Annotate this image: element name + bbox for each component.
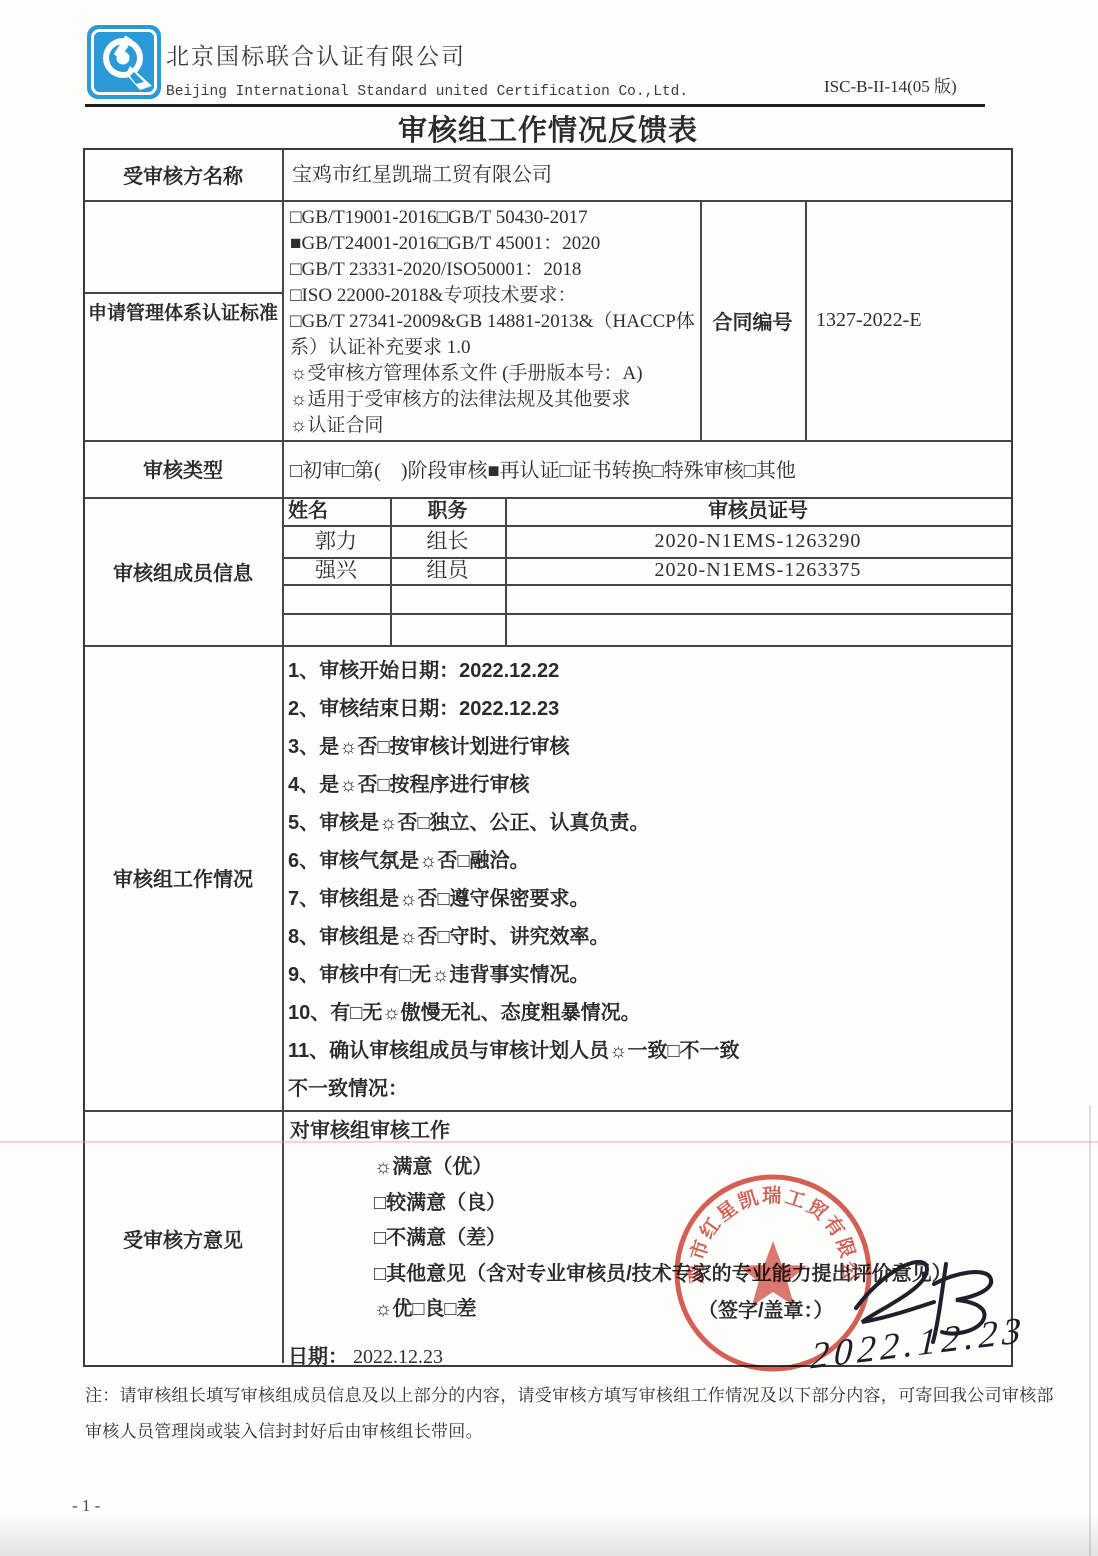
work-item: 5、审核是☼否□独立、公正、认真负责。 (288, 804, 1006, 842)
table-line (805, 200, 807, 440)
table-line (282, 150, 284, 1363)
standards-label: 申请管理体系认证标准 (84, 296, 282, 326)
member-duty (392, 613, 503, 645)
standard-line: ☼适用于受审核方的法律法规及其他要求 (290, 387, 696, 413)
audit-type-label: 审核类型 (84, 440, 282, 497)
work-item: 4、是☼否□按程序进行审核 (288, 766, 1006, 804)
scan-shadow (0, 1514, 1098, 1556)
scanned-form-page: 北京国标联合认证有限公司 Beijing International Stand… (0, 0, 1098, 1556)
footer-note-line1: 注：请审核组长填写审核组成员信息及以上部分的内容，请受审核方填写审核组工作情况及… (85, 1381, 1054, 1406)
page-number: - 1 - (72, 1496, 100, 1516)
work-item: 8、审核组是☼否□守时、讲究效率。 (288, 918, 1006, 956)
work-item: 3、是☼否□按审核计划进行审核 (288, 728, 1006, 766)
company-logo (86, 24, 162, 100)
member-duty (392, 584, 503, 613)
table-line (85, 292, 282, 294)
stamp-star-icon (739, 1241, 807, 1306)
standard-line: □GB/T 23331-2020/ISO50001：2018 (290, 257, 696, 283)
work-item: 10、有□无☼傲慢无礼、态度粗暴情况。 (288, 994, 1006, 1032)
opinion-label: 受审核方意见 (84, 1110, 282, 1367)
auditee-name: 宝鸡市红星凯瑞工贸有限公司 (292, 158, 552, 187)
contract-label: 合同编号 (701, 200, 804, 440)
members-col-cert: 审核员证号 (507, 497, 1009, 525)
standard-line: □GB/T 27341-2009&GB 14881-2013&（HACCP体系）… (290, 309, 696, 361)
members-col-name: 姓名 (284, 497, 388, 525)
standard-line: ☼认证合同 (290, 413, 696, 439)
work-item: 2、审核结束日期：2022.12.23 (288, 690, 1006, 728)
work-item: 11、确认审核组成员与审核计划人员☼一致□不一致 (288, 1032, 1006, 1070)
auditee-label: 受审核方名称 (84, 148, 282, 200)
header-rule (85, 104, 985, 107)
standard-line: □ISO 22000-2018&专项技术要求： (290, 283, 696, 309)
member-cert: 2020-N1EMS-1263375 (507, 557, 1009, 584)
standard-line: □GB/T19001-2016□GB/T 50430-2017 (290, 205, 696, 231)
member-cert: 2020-N1EMS-1263290 (507, 525, 1009, 557)
standards-list: □GB/T19001-2016□GB/T 50430-2017 ■GB/T240… (290, 205, 696, 439)
contract-number: 1327-2022-E (816, 200, 922, 440)
work-item: 6、审核气氛是☼否□融洽。 (288, 842, 1006, 880)
work-item: 7、审核组是☼否□遵守保密要求。 (288, 880, 1006, 918)
company-name-en: Beijing International Standard united Ce… (166, 84, 688, 100)
member-cert (507, 584, 1009, 613)
page-title: 审核组工作情况反馈表 (395, 115, 701, 150)
company-name-cn: 北京国标联合认证有限公司 (166, 38, 466, 71)
work-item: 1、审核开始日期：2022.12.22 (288, 652, 1006, 690)
member-duty: 组员 (392, 557, 503, 584)
member-name: 强兴 (284, 557, 388, 584)
doc-code: ISC-B-II-14(05 版) (824, 72, 957, 97)
scan-artifact-line (0, 1141, 1098, 1143)
members-col-duty: 职务 (392, 497, 503, 525)
title-row: 审核组工作情况反馈表 (83, 108, 1013, 149)
member-cert (507, 613, 1009, 645)
work-items: 1、审核开始日期：2022.12.22 2、审核结束日期：2022.12.23 … (288, 652, 1006, 1108)
date-label: 日期： (288, 1346, 348, 1368)
date-value: 2022.12.23 (353, 1346, 443, 1368)
work-label: 审核组工作情况 (84, 645, 282, 1110)
work-item: 不一致情况： (288, 1070, 1006, 1108)
standard-line: ■GB/T24001-2016□GB/T 45001：2020 (290, 231, 696, 257)
member-name: 郭力 (284, 525, 388, 557)
scan-artifact-line (1089, 1105, 1091, 1556)
footer-note-line2: 审核人员管理岗或装入信封封好后由审核组长带回。 (85, 1417, 483, 1442)
audit-type-options: □初审□第( )阶段审核■再认证□证书转换□特殊审核□其他 (290, 440, 796, 497)
member-duty: 组长 (392, 525, 503, 557)
opinion-date-row: 日期： 2022.12.23 (288, 1340, 443, 1369)
work-item: 9、审核中有□无☼违背事实情况。 (288, 956, 1006, 994)
member-name (284, 613, 388, 645)
members-label: 审核组成员信息 (84, 497, 282, 645)
member-name (284, 584, 388, 613)
standard-line: ☼受审核方管理体系文件 (手册版本号：A) (290, 361, 696, 387)
opinion-header: 对审核组审核工作 (290, 1114, 450, 1143)
